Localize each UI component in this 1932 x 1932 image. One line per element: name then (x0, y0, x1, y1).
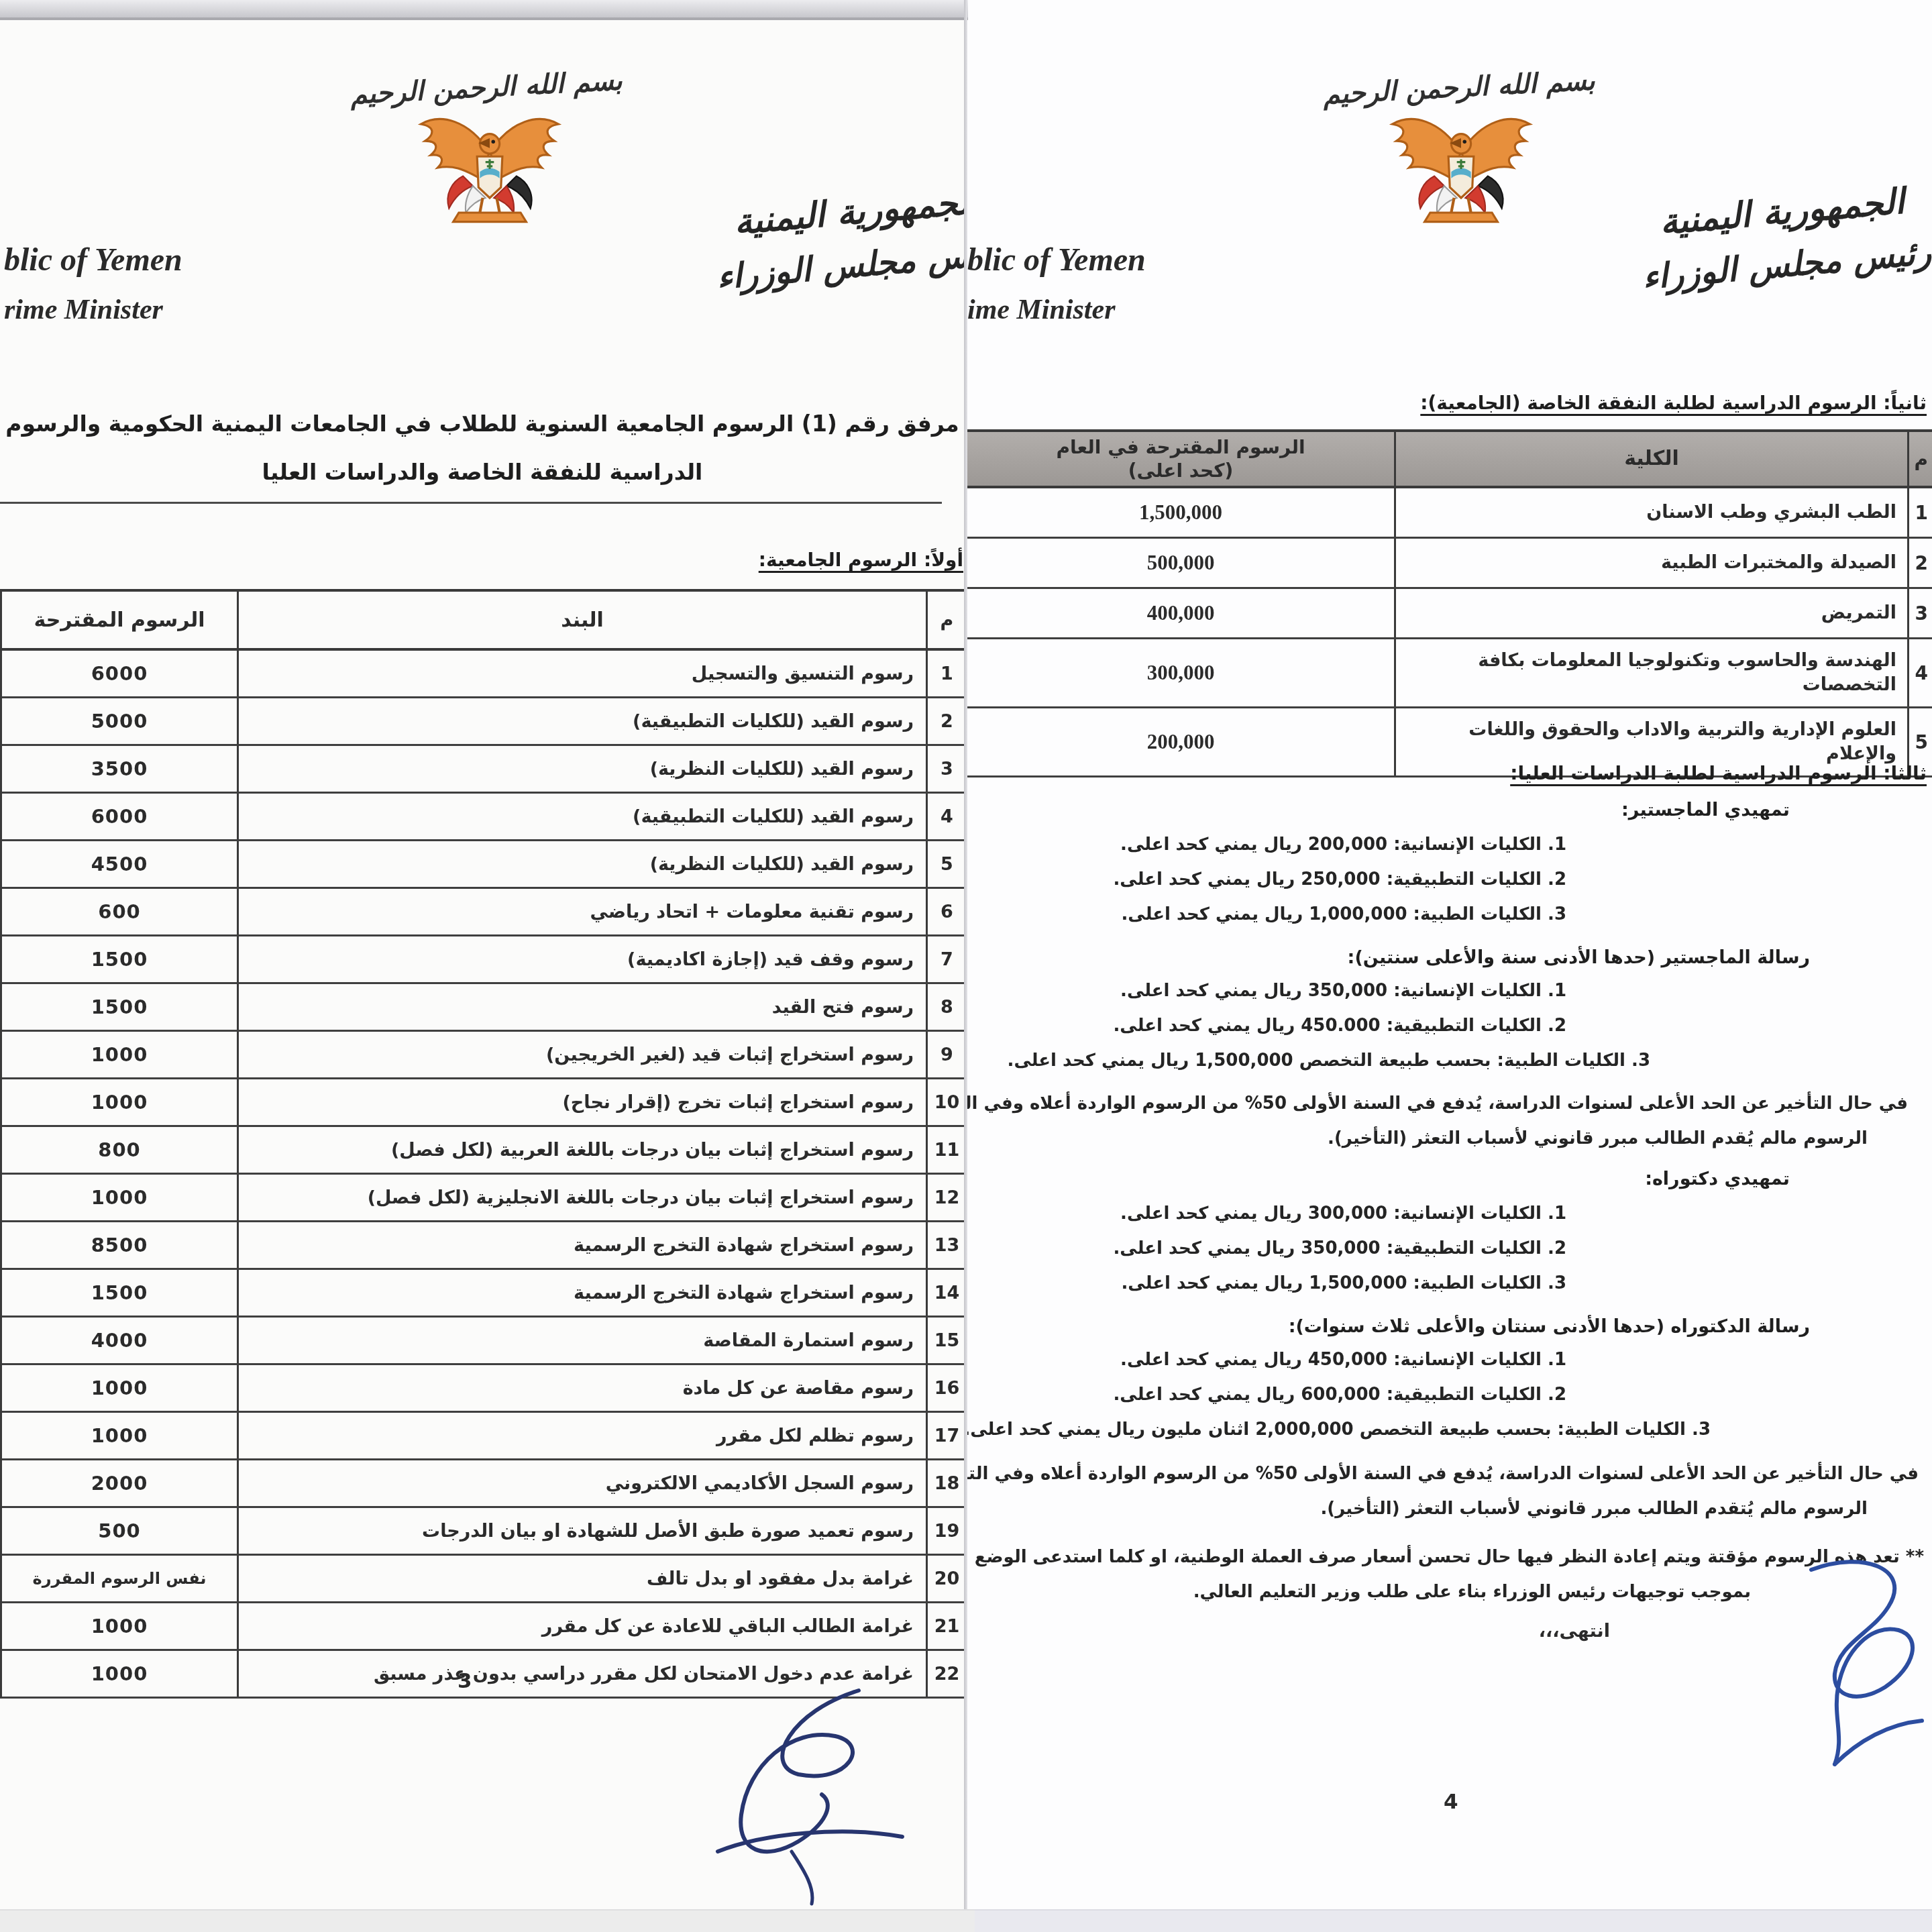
header-fee-line2: (كحد اعلى) (1128, 459, 1233, 482)
table-header-row: م البند الرسوم المقترحة (2, 592, 966, 651)
row-number: 4 (926, 794, 966, 839)
phd-thesis-item-3: 3. الكليات الطبية: بحسب طبيعة التخصص 2,0… (966, 1419, 1711, 1440)
page-3: بسم الله الرحمن الرحيم blic of Yemen (0, 0, 966, 1932)
prelim-master-item-3: 3. الكليات الطبية: 1,000,000 ريال يمني ك… (1121, 904, 1566, 924)
table-row: 3 التمريض 400,000 (967, 589, 1932, 639)
row-number: 11 (926, 1127, 966, 1173)
row-item: رسوم استخراج شهادة التخرج الرسمية (237, 1270, 926, 1316)
row-number: 18 (926, 1460, 966, 1506)
country-name-english: blic of Yemen (4, 241, 182, 278)
row-fee: 1500 (2, 1270, 237, 1316)
row-college: الطب البشري وطب الاسنان (1394, 488, 1907, 537)
table-header-row: م الكلية الرسوم المقترحة في العام (كحد ا… (967, 432, 1932, 488)
table-row: 11 رسوم استخراج إثبات بيان درجات باللغة … (2, 1127, 966, 1175)
university-fees-table: م البند الرسوم المقترحة 1 رسوم التنسيق و… (0, 589, 966, 1699)
table-row: 9 رسوم استخراج إثبات قيد (لغير الخريجين)… (2, 1032, 966, 1079)
delay-note-master-line1: في حال التأخير عن الحد الأعلى لسنوات الد… (966, 1093, 1908, 1114)
row-fee: 1000 (2, 1079, 237, 1125)
row-item: رسوم القيد (للكليات النظرية) (237, 841, 926, 887)
phd-thesis-item-1: 1. الكليات الإنسانية: 450,000 ريال يمني … (1120, 1350, 1566, 1370)
letterhead-calligraphy: الجمهورية اليمنية رئيس مجلس الوزراء (1586, 168, 1932, 308)
row-item: رسوم مقاصة عن كل مادة (237, 1365, 926, 1411)
header-num: م (926, 592, 966, 648)
row-number: 17 (926, 1413, 966, 1458)
table-body: 1 رسوم التنسيق والتسجيل 6000 2 رسوم القي… (2, 651, 966, 1699)
row-number: 8 (926, 984, 966, 1030)
table-row: 18 رسوم السجل الأكاديمي الالكتروني 2000 (2, 1460, 966, 1508)
row-fee: 300,000 (967, 639, 1394, 706)
prelim-phd-heading: تمهيدي دكتوراه: (1645, 1169, 1790, 1189)
table-row: 10 رسوم استخراج إثبات تخرج (إقرار نجاح) … (2, 1079, 966, 1127)
row-item: رسوم وقف قيد (إجازة اكاديمية) (237, 936, 926, 982)
row-number: 9 (926, 1032, 966, 1077)
row-fee: 800 (2, 1127, 237, 1173)
row-number: 2 (1907, 539, 1932, 587)
row-item: غرامة بدل مفقود او بدل تالف (237, 1556, 926, 1601)
table-row: 1 رسوم التنسيق والتسجيل 6000 (2, 651, 966, 698)
row-fee: 1000 (2, 1413, 237, 1458)
table-row: 16 رسوم مقاصة عن كل مادة 1000 (2, 1365, 966, 1413)
row-item: رسوم استخراج إثبات تخرج (إقرار نجاح) (237, 1079, 926, 1125)
section1-heading: أولاً: الرسوم الجامعية: (759, 549, 963, 571)
table-row: 6 رسوم تقنية معلومات + اتحاد رياضي 600 (2, 889, 966, 936)
header-fee-line1: الرسوم المقترحة في العام (1056, 435, 1305, 459)
row-college: الصيدلة والمختبرات الطبية (1394, 539, 1907, 587)
row-number: 10 (926, 1079, 966, 1125)
attachment-title-line1: مرفق رقم (1) الرسوم الجامعية السنوية للط… (0, 411, 965, 437)
eagle-emblem-graphic (1342, 109, 1580, 228)
row-fee: نفس الرسوم المقررة (2, 1556, 237, 1601)
row-fee: 2000 (2, 1460, 237, 1506)
table-row: 12 رسوم استخراج إثبات بيان درجات باللغة … (2, 1175, 966, 1222)
row-item: رسوم استمارة المقاصة (237, 1318, 926, 1363)
table-row: 14 رسوم استخراج شهادة التخرج الرسمية 150… (2, 1270, 966, 1318)
row-fee: 200,000 (967, 708, 1394, 775)
eagle-emblem-graphic (370, 109, 609, 228)
scan-bottom-band-left (0, 1909, 975, 1932)
scan-top-strip (0, 0, 968, 20)
row-item: غرامة الطالب الباقي للاعادة عن كل مقرر (237, 1603, 926, 1649)
row-fee: 600 (2, 889, 237, 934)
phd-thesis-heading: رسالة الدكتوراه (حدها الأدنى سنتان والأع… (1289, 1316, 1810, 1337)
row-item: رسوم تظلم لكل مقرر (237, 1413, 926, 1458)
table-row: 15 رسوم استمارة المقاصة 4000 (2, 1318, 966, 1365)
row-number: 5 (926, 841, 966, 887)
office-name-english: ime Minister (967, 294, 1116, 326)
delay-note-master-line2: الرسوم مالم يُقدم الطالب مبرر قانوني لأس… (1328, 1128, 1868, 1148)
private-expense-fees-table: م الكلية الرسوم المقترحة في العام (كحد ا… (967, 429, 1932, 777)
row-number: 3 (1907, 589, 1932, 637)
table-row: 2 رسوم القيد (للكليات التطبيقية) 5000 (2, 698, 966, 746)
table-row: 19 رسوم تعميد صورة طبق الأصل للشهادة او … (2, 1508, 966, 1556)
row-fee: 6000 (2, 651, 237, 696)
row-number: 6 (926, 889, 966, 934)
row-number: 16 (926, 1365, 966, 1411)
table-row: 5 رسوم القيد (للكليات النظرية) 4500 (2, 841, 966, 889)
row-item: رسوم تعميد صورة طبق الأصل للشهادة او بيا… (237, 1508, 926, 1554)
master-thesis-item-3: 3. الكليات الطبية: بحسب طبيعة التخصص 1,5… (1008, 1051, 1650, 1071)
table-row: 7 رسوم وقف قيد (إجازة اكاديمية) 1500 (2, 936, 966, 984)
row-fee: 5000 (2, 698, 237, 744)
row-fee: 500,000 (967, 539, 1394, 587)
delay-note-phd-line2: الرسوم مالم يُتقدم الطالب مبرر قانوني لأ… (1320, 1499, 1868, 1519)
table-row: 20 غرامة بدل مفقود او بدل تالف نفس الرسو… (2, 1556, 966, 1603)
row-number: 1 (1907, 488, 1932, 537)
table-row: 4 رسوم القيد (للكليات التطبيقية) 6000 (2, 794, 966, 841)
row-fee: 500 (2, 1508, 237, 1554)
row-item: رسوم التنسيق والتسجيل (237, 651, 926, 696)
signature-ink (1771, 1543, 1932, 1778)
phd-thesis-item-2: 2. الكليات التطبيقية: 600,000 ريال يمني … (1113, 1385, 1566, 1405)
table-row: 21 غرامة الطالب الباقي للاعادة عن كل مقر… (2, 1603, 966, 1651)
page-seam (964, 0, 967, 1932)
row-number: 13 (926, 1222, 966, 1268)
row-fee: 6000 (2, 794, 237, 839)
header-item: البند (237, 592, 926, 648)
row-number: 15 (926, 1318, 966, 1363)
closing-word: انتهى،،، (1539, 1621, 1610, 1642)
row-fee: 1,500,000 (967, 488, 1394, 537)
temporary-note-line2: بموجب توجيهات رئيس الوزراء بناء على طلب … (1193, 1582, 1751, 1602)
row-item: رسوم القيد (للكليات النظرية) (237, 746, 926, 792)
row-fee: 1000 (2, 1175, 237, 1220)
yemen-coat-of-arms (1342, 109, 1580, 228)
table-row: 1 الطب البشري وطب الاسنان 1,500,000 (967, 488, 1932, 539)
row-fee: 1000 (2, 1651, 237, 1697)
bismillah-calligraphy: بسم الله الرحمن الرحيم (1301, 64, 1617, 112)
header-college: الكلية (1394, 432, 1907, 486)
page-number: 3 (458, 1669, 472, 1693)
row-number: 12 (926, 1175, 966, 1220)
row-item: رسوم استخراج إثبات بيان درجات باللغة الا… (237, 1175, 926, 1220)
row-number: 7 (926, 936, 966, 982)
letterhead-calligraphy: الجمهورية اليمنية رئيس مجلس الوزراء (660, 168, 966, 308)
scan-bottom-band-right (975, 1909, 1932, 1932)
page-4: بسم الله الرحمن الرحيم blic of Yemen ime (966, 0, 1932, 1932)
row-number: 1 (926, 651, 966, 696)
row-number: 4 (1907, 639, 1932, 706)
row-item: رسوم القيد (للكليات التطبيقية) (237, 698, 926, 744)
header-num: م (1907, 432, 1932, 486)
row-fee: 1000 (2, 1603, 237, 1649)
header-fee: الرسوم المقترحة في العام (كحد اعلى) (967, 432, 1394, 486)
table-row: 2 الصيدلة والمختبرات الطبية 500,000 (967, 539, 1932, 589)
title-separator-line (0, 502, 942, 504)
master-thesis-item-2: 2. الكليات التطبيقية: 450.000 ريال يمني … (1113, 1016, 1566, 1036)
row-fee: 1500 (2, 984, 237, 1030)
table-row: 13 رسوم استخراج شهادة التخرج الرسمية 850… (2, 1222, 966, 1270)
yemen-coat-of-arms (370, 109, 609, 228)
office-name-english: rime Minister (4, 294, 163, 326)
scanned-document-two-pages: بسم الله الرحمن الرحيم blic of Yemen (0, 0, 1932, 1932)
table-row: 8 رسوم فتح القيد 1500 (2, 984, 966, 1032)
signature-ink (691, 1650, 912, 1912)
row-item: رسوم استخراج إثبات قيد (لغير الخريجين) (237, 1032, 926, 1077)
attachment-title-line2: الدراسية للنفقة الخاصة والدراسات العليا (0, 459, 965, 485)
row-fee: 4000 (2, 1318, 237, 1363)
prelim-master-heading: تمهيدي الماجستير: (1621, 800, 1790, 820)
row-item: رسوم السجل الأكاديمي الالكتروني (237, 1460, 926, 1506)
prelim-master-item-2: 2. الكليات التطبيقية: 250,000 ريال يمني … (1113, 869, 1566, 890)
row-item: رسوم استخراج شهادة التخرج الرسمية (237, 1222, 926, 1268)
row-number: 22 (926, 1651, 966, 1697)
country-name-english: blic of Yemen (967, 241, 1146, 278)
master-thesis-item-1: 1. الكليات الإنسانية: 350,000 ريال يمني … (1120, 981, 1566, 1001)
row-number: 3 (926, 746, 966, 792)
section3-heading: ثالثا: الرسوم الدراسية لطلبة الدراسات ال… (1510, 762, 1927, 784)
row-fee: 3500 (2, 746, 237, 792)
row-item: رسوم القيد (للكليات التطبيقية) (237, 794, 926, 839)
table-row: 17 رسوم تظلم لكل مقرر 1000 (2, 1413, 966, 1460)
row-number: 14 (926, 1270, 966, 1316)
row-item: رسوم تقنية معلومات + اتحاد رياضي (237, 889, 926, 934)
row-number: 19 (926, 1508, 966, 1554)
bismillah-calligraphy: بسم الله الرحمن الرحيم (328, 64, 645, 112)
header-fee: الرسوم المقترحة (2, 592, 237, 648)
row-college: الهندسة والحاسوب وتكنولوجيا المعلومات بك… (1394, 639, 1907, 706)
delay-note-phd-line1: في حال التأخير عن الحد الأعلى لسنوات الد… (966, 1464, 1919, 1484)
section2-heading: ثانياً: الرسوم الدراسية لطلبة النفقة الخ… (1420, 392, 1927, 414)
row-fee: 4500 (2, 841, 237, 887)
master-thesis-heading: رسالة الماجستير (حدها الأدنى سنة والأعلى… (1348, 947, 1810, 968)
row-college: التمريض (1394, 589, 1907, 637)
row-number: 2 (926, 698, 966, 744)
prelim-phd-item-2: 2. الكليات التطبيقية: 350,000 ريال يمني … (1113, 1238, 1566, 1258)
prelim-phd-item-1: 1. الكليات الإنسانية: 300,000 ريال يمني … (1120, 1203, 1566, 1224)
table-row: 3 رسوم القيد (للكليات النظرية) 3500 (2, 746, 966, 794)
row-number: 21 (926, 1603, 966, 1649)
table-body: 1 الطب البشري وطب الاسنان 1,500,000 2 ال… (967, 488, 1932, 777)
table-row: 4 الهندسة والحاسوب وتكنولوجيا المعلومات … (967, 639, 1932, 708)
row-fee: 1000 (2, 1032, 237, 1077)
prelim-phd-item-3: 3. الكليات الطبية: 1,500,000 ريال يمني ك… (1121, 1273, 1566, 1293)
prelim-master-item-1: 1. الكليات الإنسانية: 200,000 ريال يمني … (1120, 835, 1566, 855)
page-number: 4 (1444, 1790, 1458, 1814)
row-number: 20 (926, 1556, 966, 1601)
row-fee: 400,000 (967, 589, 1394, 637)
row-item: رسوم استخراج إثبات بيان درجات باللغة الع… (237, 1127, 926, 1173)
row-fee: 1000 (2, 1365, 237, 1411)
row-fee: 8500 (2, 1222, 237, 1268)
row-item: رسوم فتح القيد (237, 984, 926, 1030)
row-fee: 1500 (2, 936, 237, 982)
